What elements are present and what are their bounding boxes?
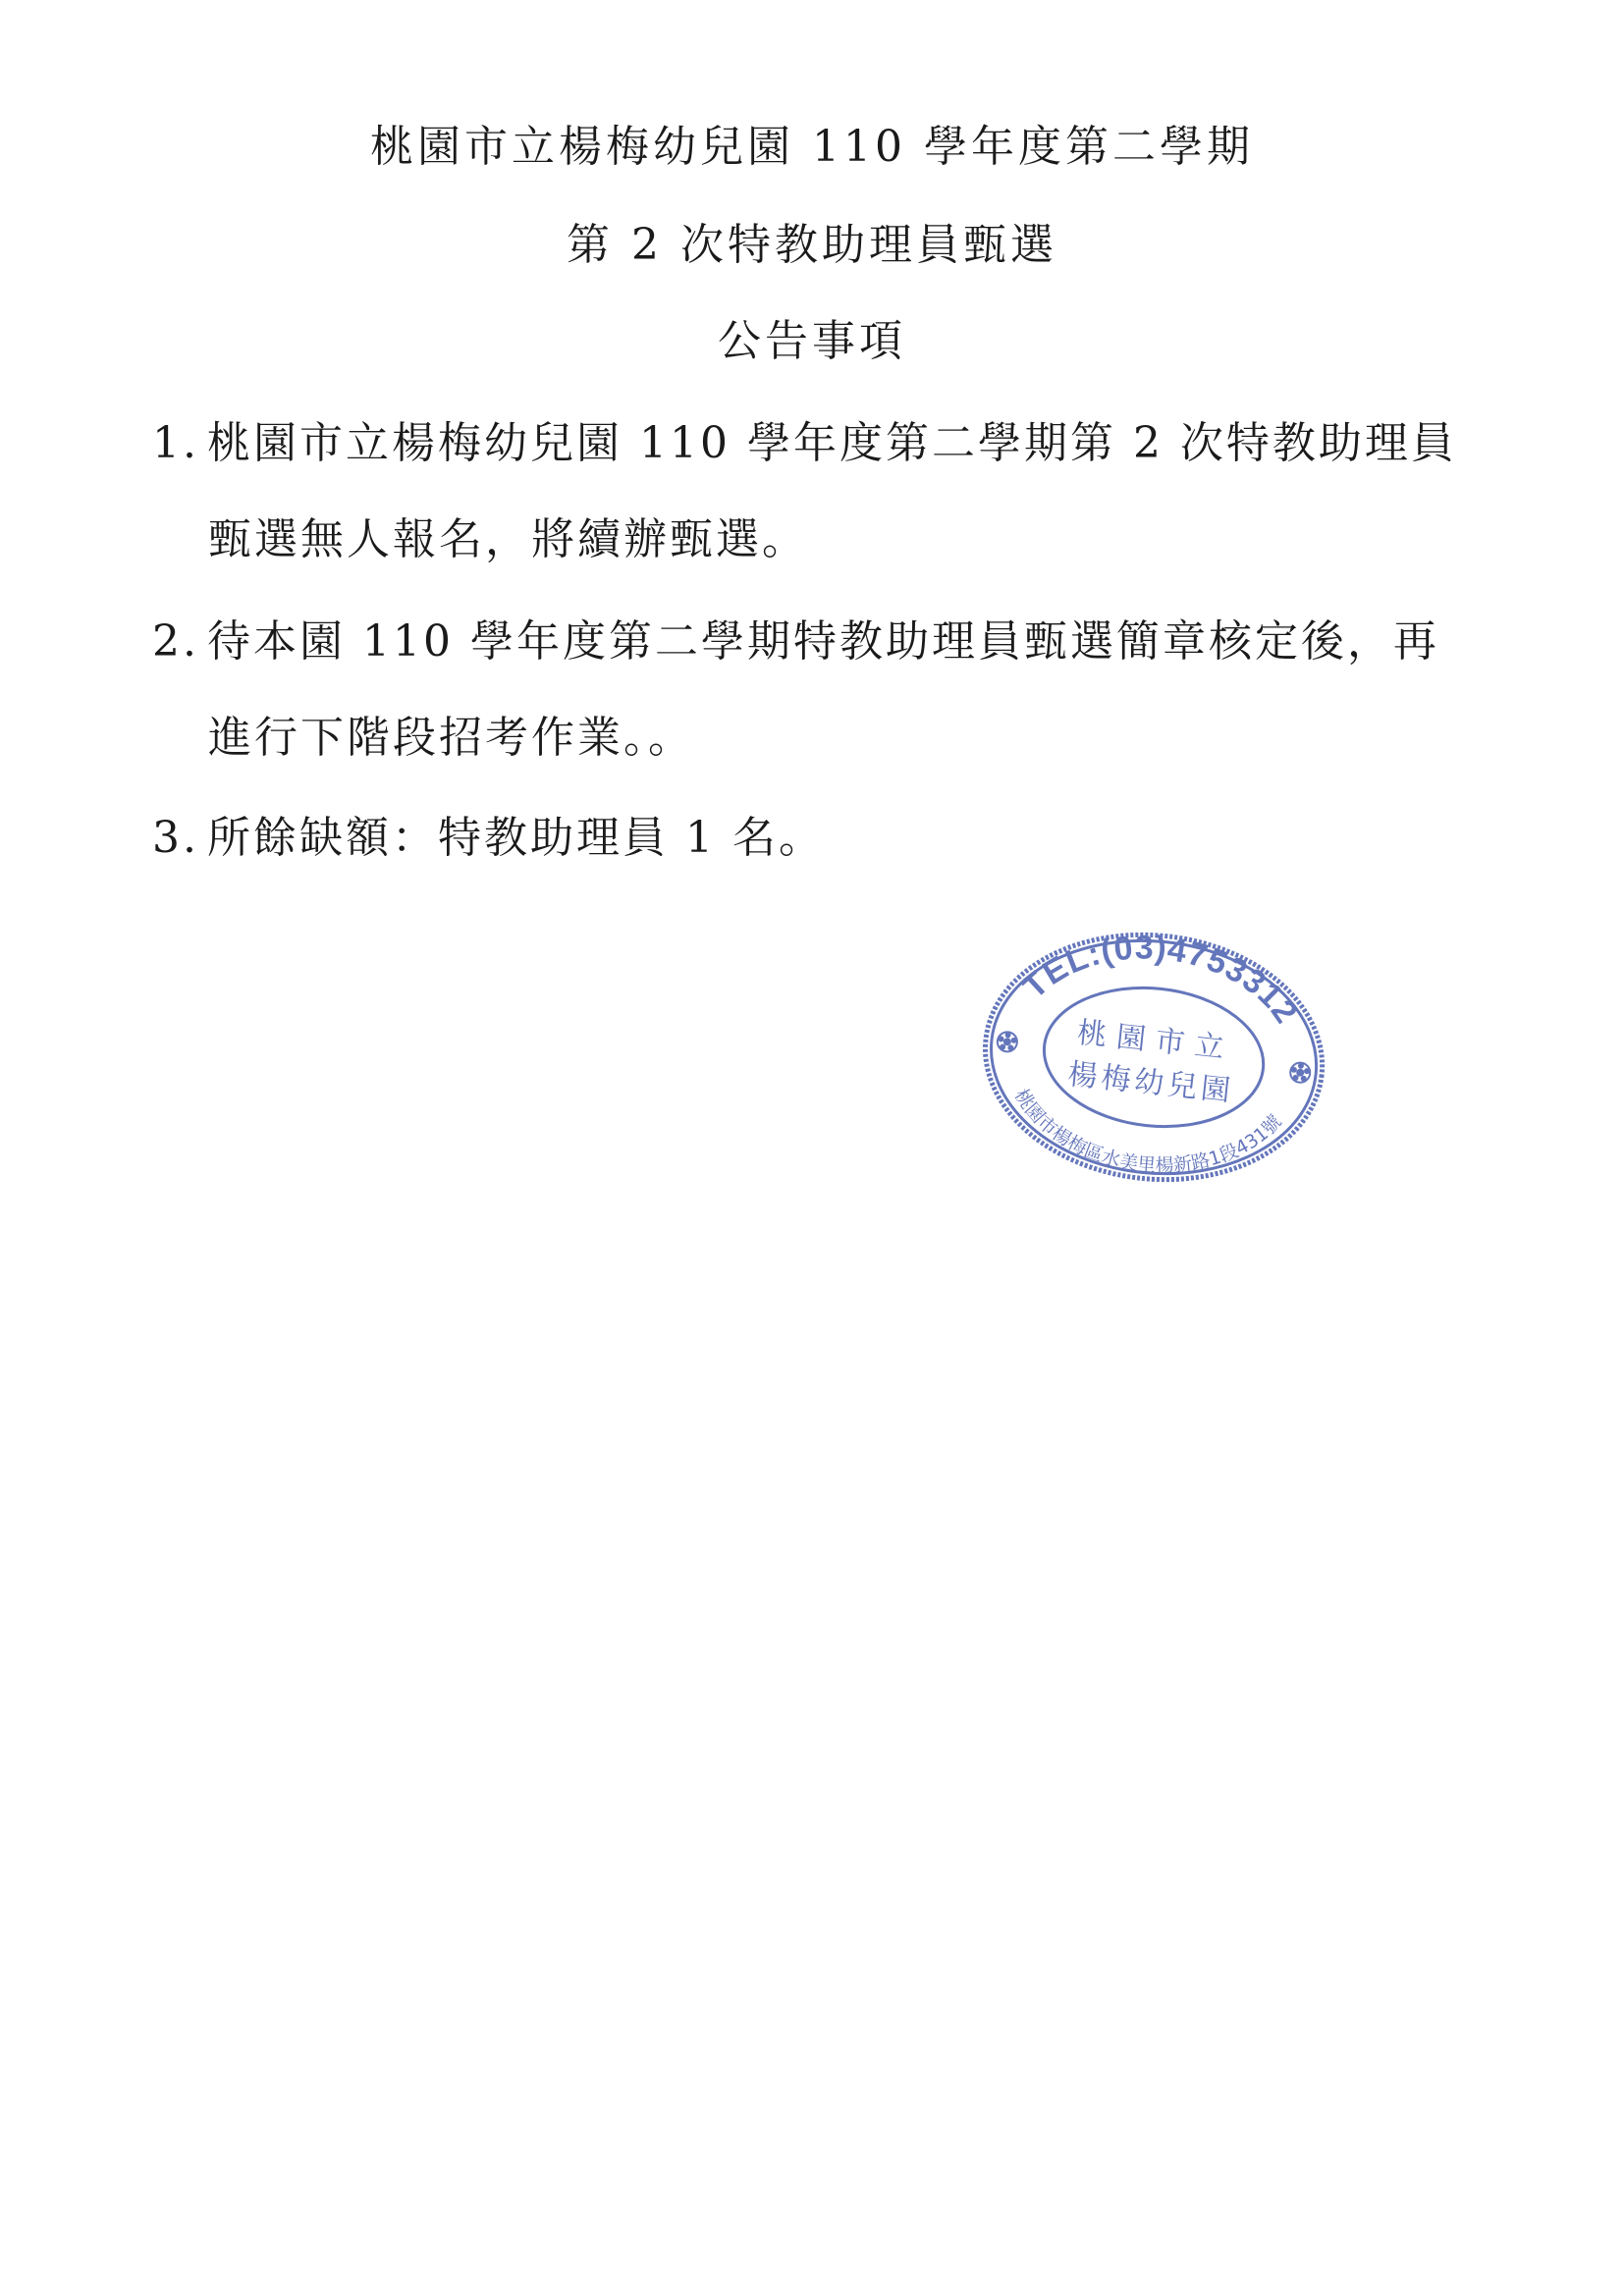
- plum-blossom-icon: [997, 1031, 1018, 1052]
- list-item-1-continuation: 甄選無人報名，將續辦甄選。: [208, 518, 808, 561]
- item-text: 所餘缺額：特教助理員 1 名。: [207, 813, 825, 863]
- document-title: 桃園市立楊梅幼兒園 110 學年度第二學期: [0, 126, 1624, 169]
- item-number: 2.: [152, 620, 207, 664]
- list-item-1: 1.桃園市立楊梅幼兒園 110 學年度第二學期第 2 次特教助理員: [152, 422, 1457, 465]
- plum-blossom-icon: [1289, 1062, 1311, 1084]
- item-number: 1.: [152, 422, 207, 465]
- stamp-name-line-1: 桃園市立: [1075, 1016, 1235, 1067]
- item-text: 待本園 110 學年度第二學期特教助理員甄選簡章核定後，再: [207, 616, 1439, 667]
- item-text: 桃園市立楊梅幼兒園 110 學年度第二學期第 2 次特教助理員: [207, 418, 1457, 468]
- list-item-2: 2.待本園 110 學年度第二學期特教助理員甄選簡章核定後，再: [152, 620, 1439, 664]
- item-number: 3.: [152, 817, 207, 860]
- list-item-2-continuation: 進行下階段招考作業。。: [208, 717, 694, 760]
- official-seal-stamp: TEL:(03)4753312 桃園市立 楊梅幼兒園 桃園市楊梅區水美里楊新路1…: [964, 910, 1343, 1205]
- document-subtitle: 第 2 次特教助理員甄選: [0, 224, 1624, 267]
- stamp-name-line-2: 楊梅幼兒園: [1066, 1057, 1236, 1109]
- list-item-3: 3.所餘缺額：特教助理員 1 名。: [152, 817, 825, 860]
- announcement-heading: 公告事項: [0, 320, 1624, 363]
